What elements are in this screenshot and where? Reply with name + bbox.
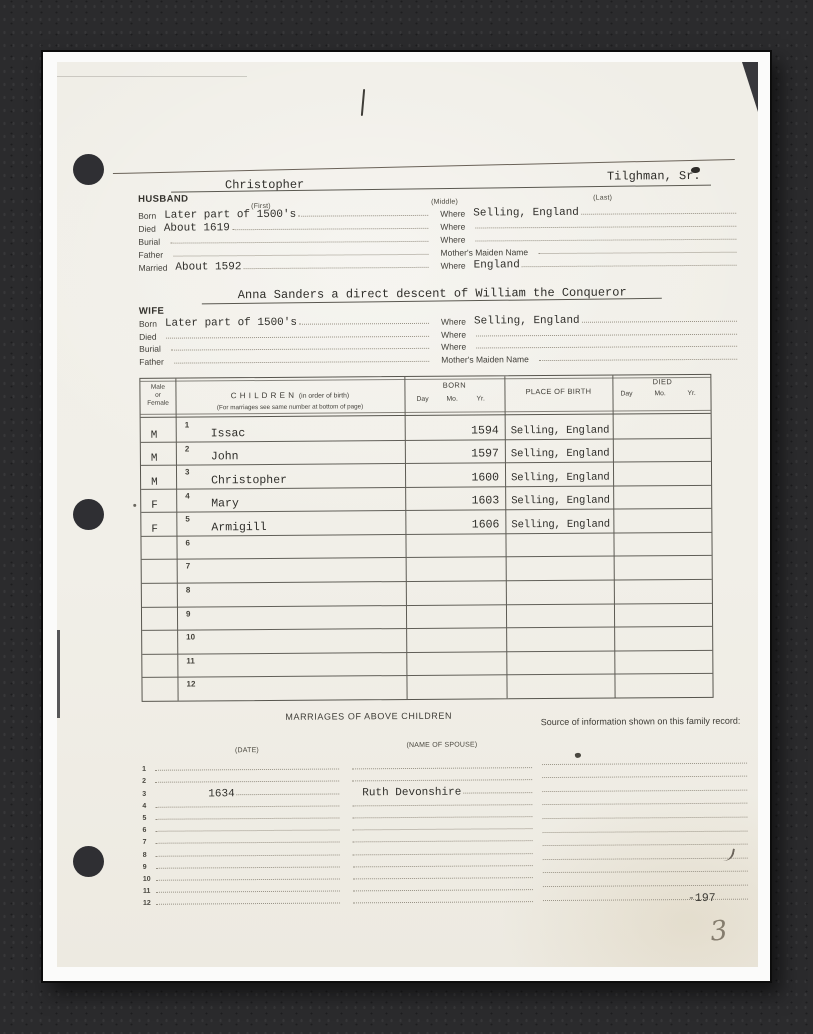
source-dotted-line bbox=[543, 886, 748, 901]
children-header-sub: (in order of birth) bbox=[299, 392, 349, 399]
dotted-line bbox=[299, 323, 429, 325]
children-table: Male or Female C H I L D R E N (in order… bbox=[139, 374, 713, 702]
vitals-row: Married About 1592 Where England bbox=[139, 256, 739, 273]
dotted-line bbox=[582, 320, 737, 322]
dotted-line bbox=[352, 816, 532, 818]
dotted-line bbox=[243, 267, 428, 269]
marriage-rows: 1 2 3 1634 Ruth Devonshire 4 bbox=[142, 759, 535, 908]
dotted-line bbox=[155, 805, 339, 807]
dotted-line bbox=[156, 842, 340, 844]
field-label: Mother's Maiden Name bbox=[440, 247, 528, 258]
child-born-year bbox=[425, 696, 501, 697]
place-of-birth-header: PLACE OF BIRTH bbox=[504, 387, 612, 397]
dotted-line bbox=[155, 781, 339, 783]
dotted-line bbox=[476, 333, 737, 336]
child-number: 6 bbox=[185, 538, 190, 547]
dotted-line bbox=[353, 840, 533, 842]
dotted-line bbox=[475, 239, 736, 242]
husband-last-name: Tilghman, Sr. bbox=[607, 169, 701, 184]
died-column-header: DIED bbox=[612, 377, 712, 387]
field-label: Father bbox=[138, 250, 163, 260]
dotted-line bbox=[237, 793, 340, 795]
husband-vitals-rows: Born Later part of 1500's Where Selling,… bbox=[138, 204, 738, 273]
field-label: Where bbox=[441, 261, 466, 271]
dotted-line bbox=[353, 853, 533, 855]
child-born-year: 1600 bbox=[423, 471, 499, 485]
child-name: Issac bbox=[211, 427, 246, 440]
family-group-sheet: Tilghman, Sr. HUSBAND Christopher (First… bbox=[54, 60, 761, 970]
field-label: Burial bbox=[138, 237, 160, 247]
field-value: Later part of 1500's bbox=[165, 318, 297, 330]
children-header-line1: C H I L D R E N (in order of birth) bbox=[175, 384, 404, 404]
child-birthplace: Selling, England bbox=[511, 471, 610, 484]
dotted-line bbox=[155, 817, 339, 819]
dotted-line bbox=[352, 780, 532, 782]
dotted-line bbox=[353, 901, 533, 903]
child-born-year bbox=[424, 602, 500, 603]
marriage-date: 1634 bbox=[208, 789, 234, 799]
dotted-line bbox=[155, 769, 339, 771]
page-reference-number: -197 bbox=[688, 892, 716, 905]
child-number: 5 bbox=[185, 515, 190, 524]
marriage-number: 2 bbox=[142, 777, 153, 786]
dotted-line bbox=[156, 866, 340, 868]
marriage-row: 12 bbox=[143, 893, 535, 908]
field-label: Married bbox=[139, 263, 168, 273]
field-label: Where bbox=[441, 329, 466, 339]
child-sex: F bbox=[151, 500, 158, 512]
child-sex: M bbox=[151, 476, 158, 488]
sex-header-line: or bbox=[140, 392, 175, 400]
dotted-line bbox=[475, 226, 736, 229]
marriage-date-cell bbox=[154, 895, 342, 908]
field-label: Died bbox=[139, 331, 157, 341]
field-label: Died bbox=[138, 224, 156, 234]
child-name: Christopher bbox=[211, 474, 287, 488]
child-birthplace: Selling, England bbox=[511, 518, 610, 531]
dotted-line bbox=[352, 804, 532, 806]
children-header-note: (For marriages see same number at bottom… bbox=[176, 403, 405, 412]
dotted-line bbox=[232, 228, 429, 230]
dotted-line bbox=[539, 359, 737, 361]
dotted-line bbox=[353, 889, 533, 891]
child-number: 3 bbox=[185, 468, 190, 477]
marriage-number: 4 bbox=[142, 802, 153, 811]
field-label: Mother's Maiden Name bbox=[441, 354, 529, 365]
child-number: 12 bbox=[186, 680, 195, 689]
dotted-line bbox=[156, 878, 340, 880]
marriage-number: 7 bbox=[143, 838, 154, 847]
children-header-title: C H I L D R E N bbox=[231, 391, 295, 400]
vitals-right-cell: Where England bbox=[441, 256, 739, 271]
vitals-left-cell: Married About 1592 bbox=[139, 258, 431, 273]
child-name: John bbox=[211, 450, 239, 463]
vitals-left-cell: Father bbox=[139, 352, 431, 367]
child-number: 11 bbox=[186, 656, 195, 665]
marriage-number: 10 bbox=[143, 875, 154, 884]
handwritten-page-number: 3 bbox=[709, 915, 730, 948]
desk-background: Tilghman, Sr. HUSBAND Christopher (First… bbox=[0, 0, 813, 1034]
dotted-line bbox=[171, 348, 429, 351]
source-dotted-line bbox=[542, 763, 747, 778]
child-born-year: 1606 bbox=[423, 518, 499, 532]
source-dotted-line bbox=[542, 818, 747, 833]
children-table-header: Male or Female C H I L D R E N (in order… bbox=[140, 375, 710, 418]
dotted-line bbox=[522, 265, 737, 267]
marriage-number: 11 bbox=[143, 887, 154, 896]
dotted-line bbox=[174, 361, 429, 364]
source-dotted-line bbox=[542, 777, 747, 792]
dotted-line bbox=[156, 830, 340, 832]
child-born-year: 1597 bbox=[423, 448, 499, 462]
dotted-line bbox=[463, 792, 532, 793]
died-day-label: Day bbox=[620, 390, 632, 397]
source-dotted-line bbox=[542, 750, 747, 765]
died-month-label: Mo. bbox=[654, 390, 665, 397]
field-value: England bbox=[474, 260, 520, 271]
child-number: 9 bbox=[186, 609, 191, 618]
marriage-number: 12 bbox=[143, 899, 154, 908]
dotted-line bbox=[156, 891, 340, 893]
dotted-line bbox=[167, 335, 430, 338]
dotted-line bbox=[170, 241, 428, 244]
source-dotted-line bbox=[542, 790, 747, 805]
field-label: Burial bbox=[139, 344, 161, 354]
children-column-header: C H I L D R E N (in order of birth) (For… bbox=[175, 384, 404, 412]
marriage-number: 3 bbox=[142, 789, 153, 798]
photo-frame: Tilghman, Sr. HUSBAND Christopher (First… bbox=[41, 50, 772, 983]
marriage-number: 9 bbox=[143, 862, 154, 871]
marriage-spouse: Ruth Devonshire bbox=[362, 787, 461, 798]
field-value: Selling, England bbox=[474, 316, 580, 328]
child-born-year bbox=[424, 673, 500, 674]
dotted-line bbox=[298, 215, 428, 217]
child-row: 12 bbox=[142, 674, 712, 701]
source-dotted-line bbox=[543, 872, 748, 887]
dotted-line bbox=[581, 213, 736, 215]
child-name: Armigill bbox=[211, 521, 266, 534]
child-born-year bbox=[424, 578, 500, 579]
child-number: 8 bbox=[186, 586, 191, 595]
dotted-line bbox=[156, 903, 340, 905]
field-value: About 1619 bbox=[164, 223, 230, 234]
field-value: About 1592 bbox=[175, 262, 241, 273]
marriage-number: 1 bbox=[142, 765, 153, 774]
field-label: Where bbox=[441, 316, 466, 326]
child-birthplace: Selling, England bbox=[511, 448, 610, 461]
born-year-label: Yr. bbox=[476, 395, 484, 402]
born-day-label: Day bbox=[416, 396, 428, 403]
dotted-line bbox=[352, 767, 532, 769]
dotted-line bbox=[353, 877, 533, 879]
sex-header-line: Female bbox=[141, 400, 176, 408]
husband-section-label: HUSBAND bbox=[138, 194, 188, 205]
child-born-year: 1594 bbox=[423, 424, 499, 438]
source-lines bbox=[542, 750, 748, 901]
dotted-line bbox=[156, 854, 340, 856]
field-label: Where bbox=[440, 222, 465, 232]
dotted-line bbox=[353, 828, 533, 830]
child-born-year bbox=[424, 555, 500, 556]
source-dotted-line bbox=[542, 804, 747, 819]
child-birthplace: Selling, England bbox=[511, 495, 610, 508]
born-column-header: BORN bbox=[404, 380, 504, 390]
dotted-line bbox=[353, 865, 533, 867]
child-number: 10 bbox=[186, 633, 195, 642]
dotted-line bbox=[173, 254, 428, 257]
child-number: 4 bbox=[185, 491, 190, 500]
source-of-information-label: Source of information shown on this fami… bbox=[541, 716, 753, 728]
child-number: 7 bbox=[186, 562, 191, 571]
dotted-line bbox=[538, 252, 736, 254]
child-name: Mary bbox=[211, 497, 239, 510]
source-dotted-line bbox=[543, 831, 748, 846]
child-sex: M bbox=[151, 453, 158, 465]
marriage-spouse-cell bbox=[351, 893, 535, 906]
field-label: Where bbox=[440, 235, 465, 245]
child-born-year bbox=[424, 649, 500, 650]
field-label: Where bbox=[441, 342, 466, 352]
vitals-right-cell: Mother's Maiden Name bbox=[441, 350, 739, 365]
sex-header-line: Male bbox=[140, 384, 175, 392]
marriages-title: MARRIAGES OF ABOVE CHILDREN bbox=[229, 710, 509, 722]
child-born-year bbox=[424, 626, 500, 627]
field-label: Father bbox=[139, 357, 164, 367]
field-value: Selling, England bbox=[473, 208, 579, 220]
field-label: Where bbox=[440, 209, 465, 219]
field-label: Born bbox=[139, 319, 157, 329]
child-born-year: 1603 bbox=[423, 495, 499, 509]
child-number: 1 bbox=[185, 421, 190, 430]
child-birthplace: Selling, England bbox=[511, 424, 610, 437]
husband-first-name: Christopher bbox=[225, 178, 304, 193]
source-dotted-line bbox=[543, 845, 748, 860]
last-name-caption: (Last) bbox=[593, 195, 612, 202]
child-number: 2 bbox=[185, 444, 190, 453]
dotted-line bbox=[476, 346, 737, 349]
field-value: Later part of 1500's bbox=[164, 210, 296, 222]
died-year-label: Yr. bbox=[687, 390, 695, 397]
spouse-caption: (NAME OF SPOUSE) bbox=[387, 741, 497, 749]
source-dotted-line bbox=[543, 858, 748, 873]
scanned-form-page: Tilghman, Sr. HUSBAND Christopher (First… bbox=[57, 62, 758, 967]
date-caption: (DATE) bbox=[197, 747, 297, 755]
marriage-number: 5 bbox=[142, 814, 153, 823]
child-sex: M bbox=[151, 429, 158, 441]
wife-vitals-rows: Born Later part of 1500's Where Selling,… bbox=[139, 312, 739, 367]
field-label: Born bbox=[138, 211, 156, 221]
stray-dot bbox=[133, 504, 136, 507]
marriage-number: 8 bbox=[143, 850, 154, 859]
born-month-label: Mo. bbox=[446, 396, 457, 403]
child-sex: F bbox=[151, 524, 158, 536]
sex-column-header: Male or Female bbox=[140, 384, 175, 408]
marriage-number: 6 bbox=[142, 826, 153, 835]
children-table-rows: M 1 Issac 1594 Selling, England M 2 John… bbox=[141, 415, 713, 701]
